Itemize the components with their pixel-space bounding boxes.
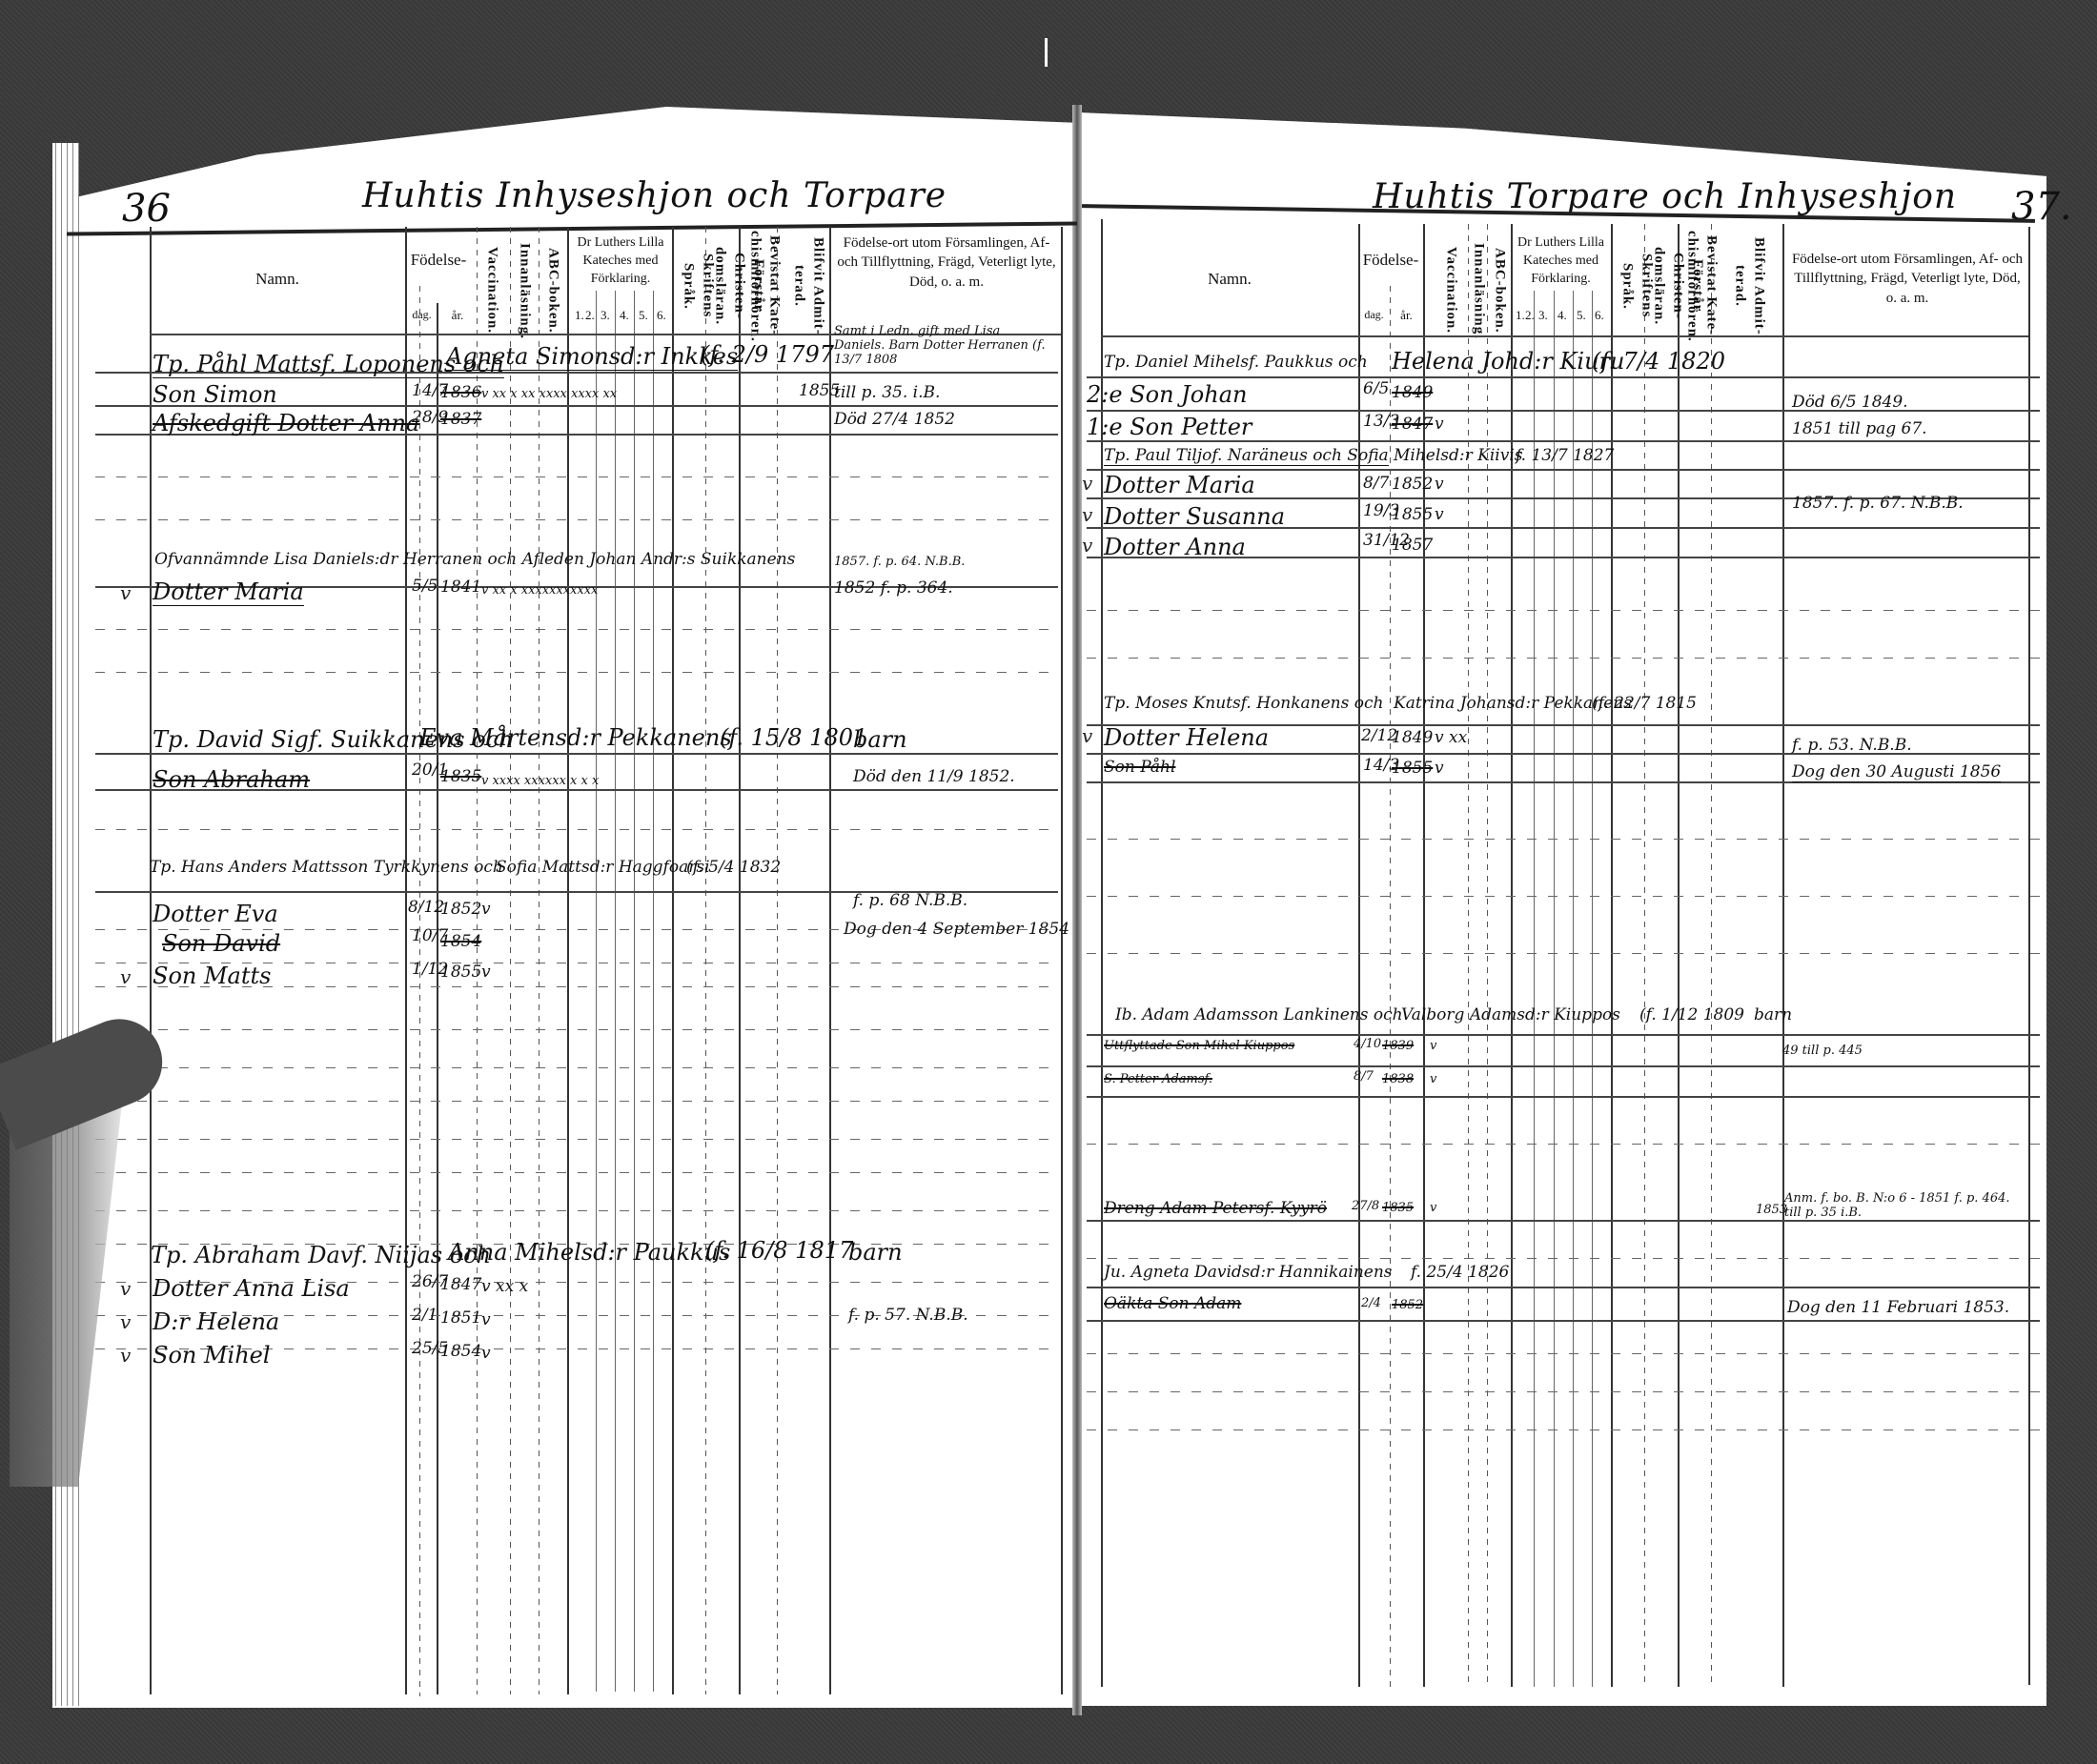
row-rule <box>1087 376 2040 378</box>
entry-name: Dotter Anna Lisa <box>153 1275 350 1302</box>
column-divider <box>1678 224 1680 1687</box>
margin-mark: v <box>120 581 131 604</box>
entry-marks: v <box>481 900 491 919</box>
entry-day: 6/5 <box>1363 379 1389 398</box>
column-divider <box>419 286 420 1696</box>
entry-name: Tp. Hans Anders Mattsson Tyrkkynens och <box>150 858 503 877</box>
entry-name: 2:e Son Johan <box>1087 381 1247 408</box>
entry-marks: v xxxx xxxxxx x x x <box>481 774 599 788</box>
catechism-col: 3. <box>601 307 610 324</box>
row-rule <box>1087 1320 2040 1322</box>
entry-name: Dotter Helena <box>1104 724 1269 751</box>
catechism-col: 3. <box>1538 307 1548 324</box>
row-rule <box>95 1210 1058 1211</box>
entry-marks: v <box>481 963 491 982</box>
row-rule <box>95 1139 1058 1140</box>
entry-day: 5/5 <box>412 577 438 596</box>
entry-name: Tp. Daniel Mihelsf. Paukkus och <box>1104 353 1368 372</box>
column-divider <box>1358 224 1360 1687</box>
row-rule <box>1087 896 2040 897</box>
entry-name: Son Matts <box>153 963 271 989</box>
entry-marks: v xx x <box>481 1277 528 1296</box>
entry-year: 1847 <box>1392 415 1433 434</box>
entry-spouse: Valborg Adamsd:r Kiuppos <box>1401 1005 1620 1024</box>
column-divider <box>739 227 741 1694</box>
header-name: Namn. <box>150 269 405 291</box>
entry-born: f. 13/7 1827 <box>1516 446 1614 465</box>
row-rule <box>1087 1144 2040 1145</box>
entry-spouse: Agneta Simonsd:r Inkkes <box>446 343 738 371</box>
entry-year: 1854 <box>440 1342 481 1361</box>
column-divider <box>437 303 438 1694</box>
column-divider <box>1534 291 1535 1687</box>
entry-remarks: barn <box>1754 1005 1792 1024</box>
row-rule <box>1087 1034 2040 1036</box>
entry-name: Dotter Susanna <box>1104 503 1285 530</box>
row-rule <box>1087 1353 2040 1354</box>
column-divider <box>653 291 654 1692</box>
row-rule <box>95 1067 1058 1068</box>
header-communion: Blifvit Admit-terad. <box>789 229 828 343</box>
entry-remarks: barn <box>848 1239 903 1266</box>
entry-name: Son Mihel <box>153 1342 271 1369</box>
page-title: Huhtis Inhyseshjon och Torpare <box>362 176 947 215</box>
entry-marks: v xx <box>1435 728 1467 747</box>
entry-year: 1855 <box>1392 505 1433 524</box>
entry-name: Tp. Moses Knutsf. Honkanens och <box>1104 694 1383 713</box>
row-rule <box>1087 953 2040 954</box>
column-divider <box>1611 224 1613 1687</box>
header-vaccination: Vaccination. <box>482 238 501 343</box>
entry-name: Ofvannämnde Lisa Daniels:dr Herranen och… <box>154 550 795 569</box>
column-divider <box>829 227 831 1694</box>
row-rule <box>95 1029 1058 1030</box>
row-rule <box>1087 610 2040 611</box>
entry-born: (f. 7/4 1820 <box>1592 348 1725 375</box>
entry-spouse: Mihelsd:r Kiivis <box>1394 446 1523 465</box>
row-rule <box>95 1172 1058 1173</box>
row-rule <box>95 829 1058 830</box>
entry-name: Oäkta Son Adam <box>1104 1294 1241 1313</box>
entry-remarks: 1857. f. p. 64. N.B.B. <box>834 555 965 569</box>
entry-remarks: 1851 till pag 67. <box>1792 419 1927 438</box>
row-rule <box>1087 469 2040 471</box>
column-divider <box>1554 291 1555 1687</box>
entry-year: 1855 <box>1392 759 1433 778</box>
column-divider <box>567 227 569 1694</box>
entry-name: Dreng Adam Petersf. Kyyrö <box>1104 1199 1327 1218</box>
entry-remarks: 49 till p. 445 <box>1782 1044 1863 1058</box>
entry-name: Dotter Maria <box>1104 472 1255 498</box>
entry-spouse: Eva Mårtensd:r Pekkanens <box>419 724 732 751</box>
row-rule <box>95 753 1058 755</box>
entry-marks: v <box>1435 505 1444 524</box>
row-rule <box>1087 839 2040 840</box>
margin-mark: v <box>120 1277 131 1300</box>
entry-year: 1857 <box>1392 536 1433 555</box>
entry-marks: v <box>1430 1201 1436 1215</box>
entry-spouse: Helena Johd:r Kiuru <box>1392 348 1624 375</box>
entry-name: Son Simon <box>153 381 277 408</box>
entry-remarks: barn <box>853 726 907 753</box>
header-communion: Blifvit Admit-terad. <box>1730 229 1769 343</box>
row-rule <box>1087 1429 2040 1430</box>
row-rule <box>1087 658 2040 659</box>
entry-name: Dotter Anna <box>1104 534 1246 560</box>
header-reading: Innanläsning. <box>1469 238 1488 343</box>
header-birth: Födelse- <box>1358 250 1423 272</box>
column-divider <box>634 291 635 1692</box>
entry-day: 27/8 <box>1352 1199 1379 1213</box>
entry-marks: v <box>481 1310 491 1329</box>
row-rule <box>95 629 1058 630</box>
entry-day: 8/12 <box>408 898 444 917</box>
column-divider <box>705 227 706 1694</box>
row-rule <box>95 672 1058 673</box>
header-abc: ABC-boken. <box>1490 238 1509 343</box>
entry-name: S. Petter Adamsf. <box>1104 1072 1212 1086</box>
header-birth-year: år. <box>438 307 477 324</box>
entry-remarks: f. p. 53. N.B.B. <box>1792 736 1912 755</box>
margin-mark: v <box>1082 534 1092 557</box>
entry-marks: v <box>1430 1039 1436 1053</box>
column-divider <box>1782 224 1784 1687</box>
entry-year: 1854 <box>440 932 481 951</box>
column-divider <box>150 227 152 1694</box>
header-catechism-hearing: Bevistat Kate-chismiförhören. <box>1682 229 1721 343</box>
header-birth: Födelse- <box>405 250 472 272</box>
entry-born: (f. 5/4 1832 <box>686 858 781 877</box>
catechism-col: 2. <box>585 307 595 324</box>
entry-year: 1849 <box>1392 383 1433 402</box>
header-catechism: Dr Luthers Lilla Kateches med Förklaring… <box>569 234 672 289</box>
entry-name: Dotter Eva <box>153 901 278 927</box>
header-name: Namn. <box>1101 269 1358 291</box>
entry-day: 8/7 <box>1354 1069 1374 1084</box>
entry-year: 1855 <box>440 963 481 982</box>
column-divider <box>777 227 778 1694</box>
column-divider <box>1592 291 1593 1687</box>
header-catechism: Dr Luthers Lilla Kateches med Förklaring… <box>1511 234 1611 289</box>
column-divider <box>405 227 407 1694</box>
entry-year: 1847 <box>440 1275 481 1294</box>
entry-remarks: till p. 35. i.B. <box>834 383 940 402</box>
entry-name: Ib. Adam Adamsson Lankinens och <box>1115 1005 1403 1024</box>
entry-born: (f. 16/8 1817 <box>705 1237 853 1264</box>
catechism-col: 5. <box>1577 307 1586 324</box>
row-rule <box>95 476 1058 477</box>
column-divider <box>477 227 478 1694</box>
entry-year: 1836 <box>440 383 481 402</box>
header-catechism-hearing: Bevistat Kate-chismiförhören. <box>745 229 784 343</box>
entry-name: Tp. Abraham Davf. Niijas och <box>151 1242 491 1268</box>
entry-remarks: 1852 f. p. 364. <box>834 578 953 598</box>
book-gutter <box>1072 105 1082 1715</box>
catechism-col: 4. <box>1557 307 1567 324</box>
column-divider <box>1511 224 1513 1687</box>
entry-name: Son David <box>162 930 280 957</box>
header-reading: Innanläsning. <box>515 238 534 343</box>
entry-remarks: Samt i Ledn. gift med Lisa Daniels. Barn… <box>834 324 1053 367</box>
row-rule <box>1087 1065 2040 1067</box>
column-divider <box>1711 224 1712 1687</box>
row-rule <box>1087 1287 2040 1288</box>
header-birth-day: dag. <box>405 307 438 322</box>
margin-mark: v <box>120 1310 131 1333</box>
header-remarks: Födelse-ort utom Församlingen, Af- och T… <box>837 233 1056 292</box>
entry-marks: v <box>1435 415 1444 434</box>
entry-year: 1837 <box>440 410 481 429</box>
entry-born: (f. 15/8 1801 <box>720 724 867 751</box>
page-number: 36 <box>122 187 171 231</box>
entry-born: f. 25/4 1826 <box>1411 1263 1509 1282</box>
column-divider <box>1061 227 1063 1694</box>
entry-remarks: f. p. 68 N.B.B. <box>853 891 967 910</box>
catechism-col: 6. <box>1595 307 1604 324</box>
entry-day: 4/10 <box>1354 1037 1381 1051</box>
header-birth-year: år. <box>1390 307 1423 324</box>
entry-remarks: Dog den 11 Februari 1853. <box>1787 1298 2009 1317</box>
column-divider <box>539 227 540 1694</box>
margin-mark: v <box>120 965 131 988</box>
catechism-col: 1. <box>1516 307 1525 324</box>
catechism-col: 1. <box>575 307 584 324</box>
catechism-col: 4. <box>620 307 629 324</box>
margin-mark: v <box>1082 472 1092 495</box>
catechism-col: 2. <box>1525 307 1535 324</box>
entry-remarks: Död 6/5 1849. <box>1792 393 1908 412</box>
column-divider <box>1573 291 1574 1687</box>
column-divider <box>1644 224 1645 1687</box>
entry-name: Afskedgift Dotter Anna <box>153 410 419 436</box>
column-divider <box>1468 224 1469 1687</box>
entry-name: Tp. Paul Tiljof. Naräneus och Sofia <box>1104 446 1389 466</box>
entry-marks: v <box>1435 759 1444 778</box>
entry-communion: 1853 <box>1756 1203 1787 1217</box>
entry-remarks: Dog den 30 Augusti 1856 <box>1792 762 2001 782</box>
entry-day: 2/1 <box>412 1306 438 1325</box>
column-divider <box>2028 227 2030 1685</box>
entry-remarks: Anm. f. bo. B. N:o 6 - 1851 f. p. 464. t… <box>1784 1191 2023 1220</box>
entry-year: 1835 <box>1382 1201 1414 1215</box>
column-divider <box>596 291 597 1692</box>
header-vaccination: Vaccination. <box>1441 238 1460 343</box>
column-divider <box>672 227 674 1694</box>
entry-name: D:r Helena <box>153 1308 279 1335</box>
entry-name: Son Påhl <box>1104 758 1175 777</box>
entry-name: 1:e Son Petter <box>1087 414 1252 440</box>
header-abc: ABC-boken. <box>543 238 562 343</box>
column-divider <box>510 227 511 1694</box>
margin-mark: v <box>120 1344 131 1367</box>
row-rule <box>1087 1258 2040 1259</box>
catechism-col: 5. <box>639 307 648 324</box>
header-bottom-rule <box>1101 335 2028 337</box>
entry-year: 1839 <box>1382 1039 1414 1053</box>
entry-name: Dotter Maria <box>153 578 304 606</box>
scan-marker <box>1045 38 1048 67</box>
entry-marks: v xx x xx xxxx xxxx xx <box>481 387 617 401</box>
entry-name: Ju. Agneta Davidsd:r Hannikainens <box>1104 1263 1393 1282</box>
row-rule <box>1087 1391 2040 1392</box>
catechism-col: 6. <box>657 307 666 324</box>
row-rule <box>95 1101 1058 1102</box>
entry-year: 1841 <box>440 578 481 597</box>
entry-born: (f. 1/12 1809 <box>1639 1005 1744 1024</box>
entry-remarks: Död den 11/9 1852. <box>853 767 1015 786</box>
entry-year: 1852 <box>1392 1298 1423 1312</box>
entry-year: 1835 <box>440 767 481 786</box>
column-divider <box>1423 224 1425 1687</box>
entry-born: (f. 22/7 1815 <box>1592 694 1697 713</box>
margin-mark: v <box>1082 503 1092 526</box>
entry-year: 1852 <box>440 900 481 919</box>
header-remarks: Födelse-ort utom Församlingen, Af- och T… <box>1790 250 2025 308</box>
entry-day: 8/7 <box>1363 474 1389 493</box>
row-rule <box>1087 1096 2040 1098</box>
header-birth-day: dag. <box>1358 307 1390 322</box>
column-divider <box>615 291 616 1692</box>
entry-name: Son Abraham <box>153 766 310 793</box>
entry-spouse: Sofia Mattsd:r Haggfoarsi <box>496 858 710 877</box>
entry-remarks: 1857. f. p. 67. N.B.B. <box>1792 494 1964 513</box>
entry-day: 2/4 <box>1361 1296 1381 1310</box>
entry-remarks: Död 27/4 1852 <box>834 410 955 429</box>
column-divider <box>1390 286 1391 1687</box>
entry-year: 1851 <box>440 1308 481 1328</box>
entry-marks: v <box>1435 475 1444 494</box>
entry-year: 1852 <box>1392 475 1433 494</box>
entry-remarks: f. p. 57. N.B.B. <box>848 1306 968 1325</box>
row-rule <box>95 519 1058 520</box>
entry-name: Uttflyttade Son Mihel Kiuppos <box>1104 1039 1294 1053</box>
entry-marks: v <box>481 1344 491 1363</box>
entry-born: (f. 2/9 1797 <box>701 341 834 368</box>
entry-marks: v xx x xxxxxxxxxxx <box>481 583 598 598</box>
row-rule <box>1087 440 2040 442</box>
entry-marks: v <box>1430 1072 1436 1086</box>
entry-remarks: Dog den 4 September 1854 <box>844 920 1069 939</box>
margin-mark: v <box>1082 724 1092 747</box>
column-divider <box>1487 224 1488 1687</box>
entry-spouse: Anna Mihelsd:r Paukkus <box>448 1239 730 1266</box>
entry-year: 1849 <box>1392 728 1433 747</box>
row-rule <box>1087 1220 2040 1222</box>
entry-year: 1838 <box>1382 1072 1414 1086</box>
